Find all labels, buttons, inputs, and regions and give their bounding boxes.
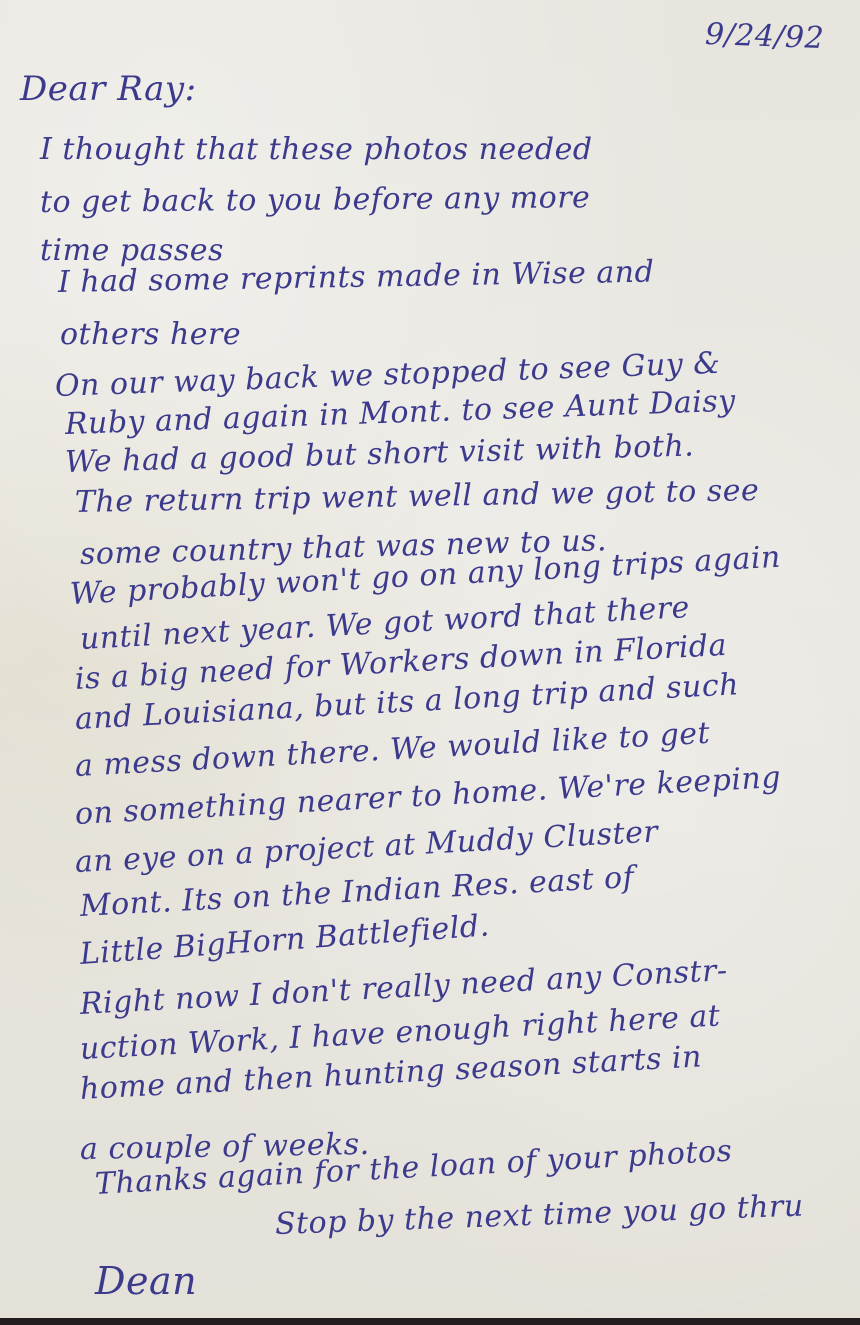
letter-line: to get back to you before any more bbox=[40, 183, 591, 218]
letter-line: others here bbox=[60, 320, 241, 350]
letter-page: 9/24/92 Dear Ray: I thought that these p… bbox=[0, 0, 860, 1320]
letter-line: time passes bbox=[40, 236, 224, 266]
letter-line: I had some reprints made in Wise and bbox=[58, 258, 655, 298]
letter-line: The return trip went well and we got to … bbox=[75, 476, 760, 518]
scan-bottom-edge bbox=[0, 1318, 860, 1325]
letter-line: Stop by the next time you go thru bbox=[274, 1192, 804, 1240]
letter-salutation: Dear Ray: bbox=[20, 72, 197, 106]
letter-signature: Dean bbox=[95, 1262, 197, 1300]
letter-date: 9/24/92 bbox=[705, 20, 825, 54]
letter-line: I thought that these photos needed bbox=[40, 135, 593, 165]
